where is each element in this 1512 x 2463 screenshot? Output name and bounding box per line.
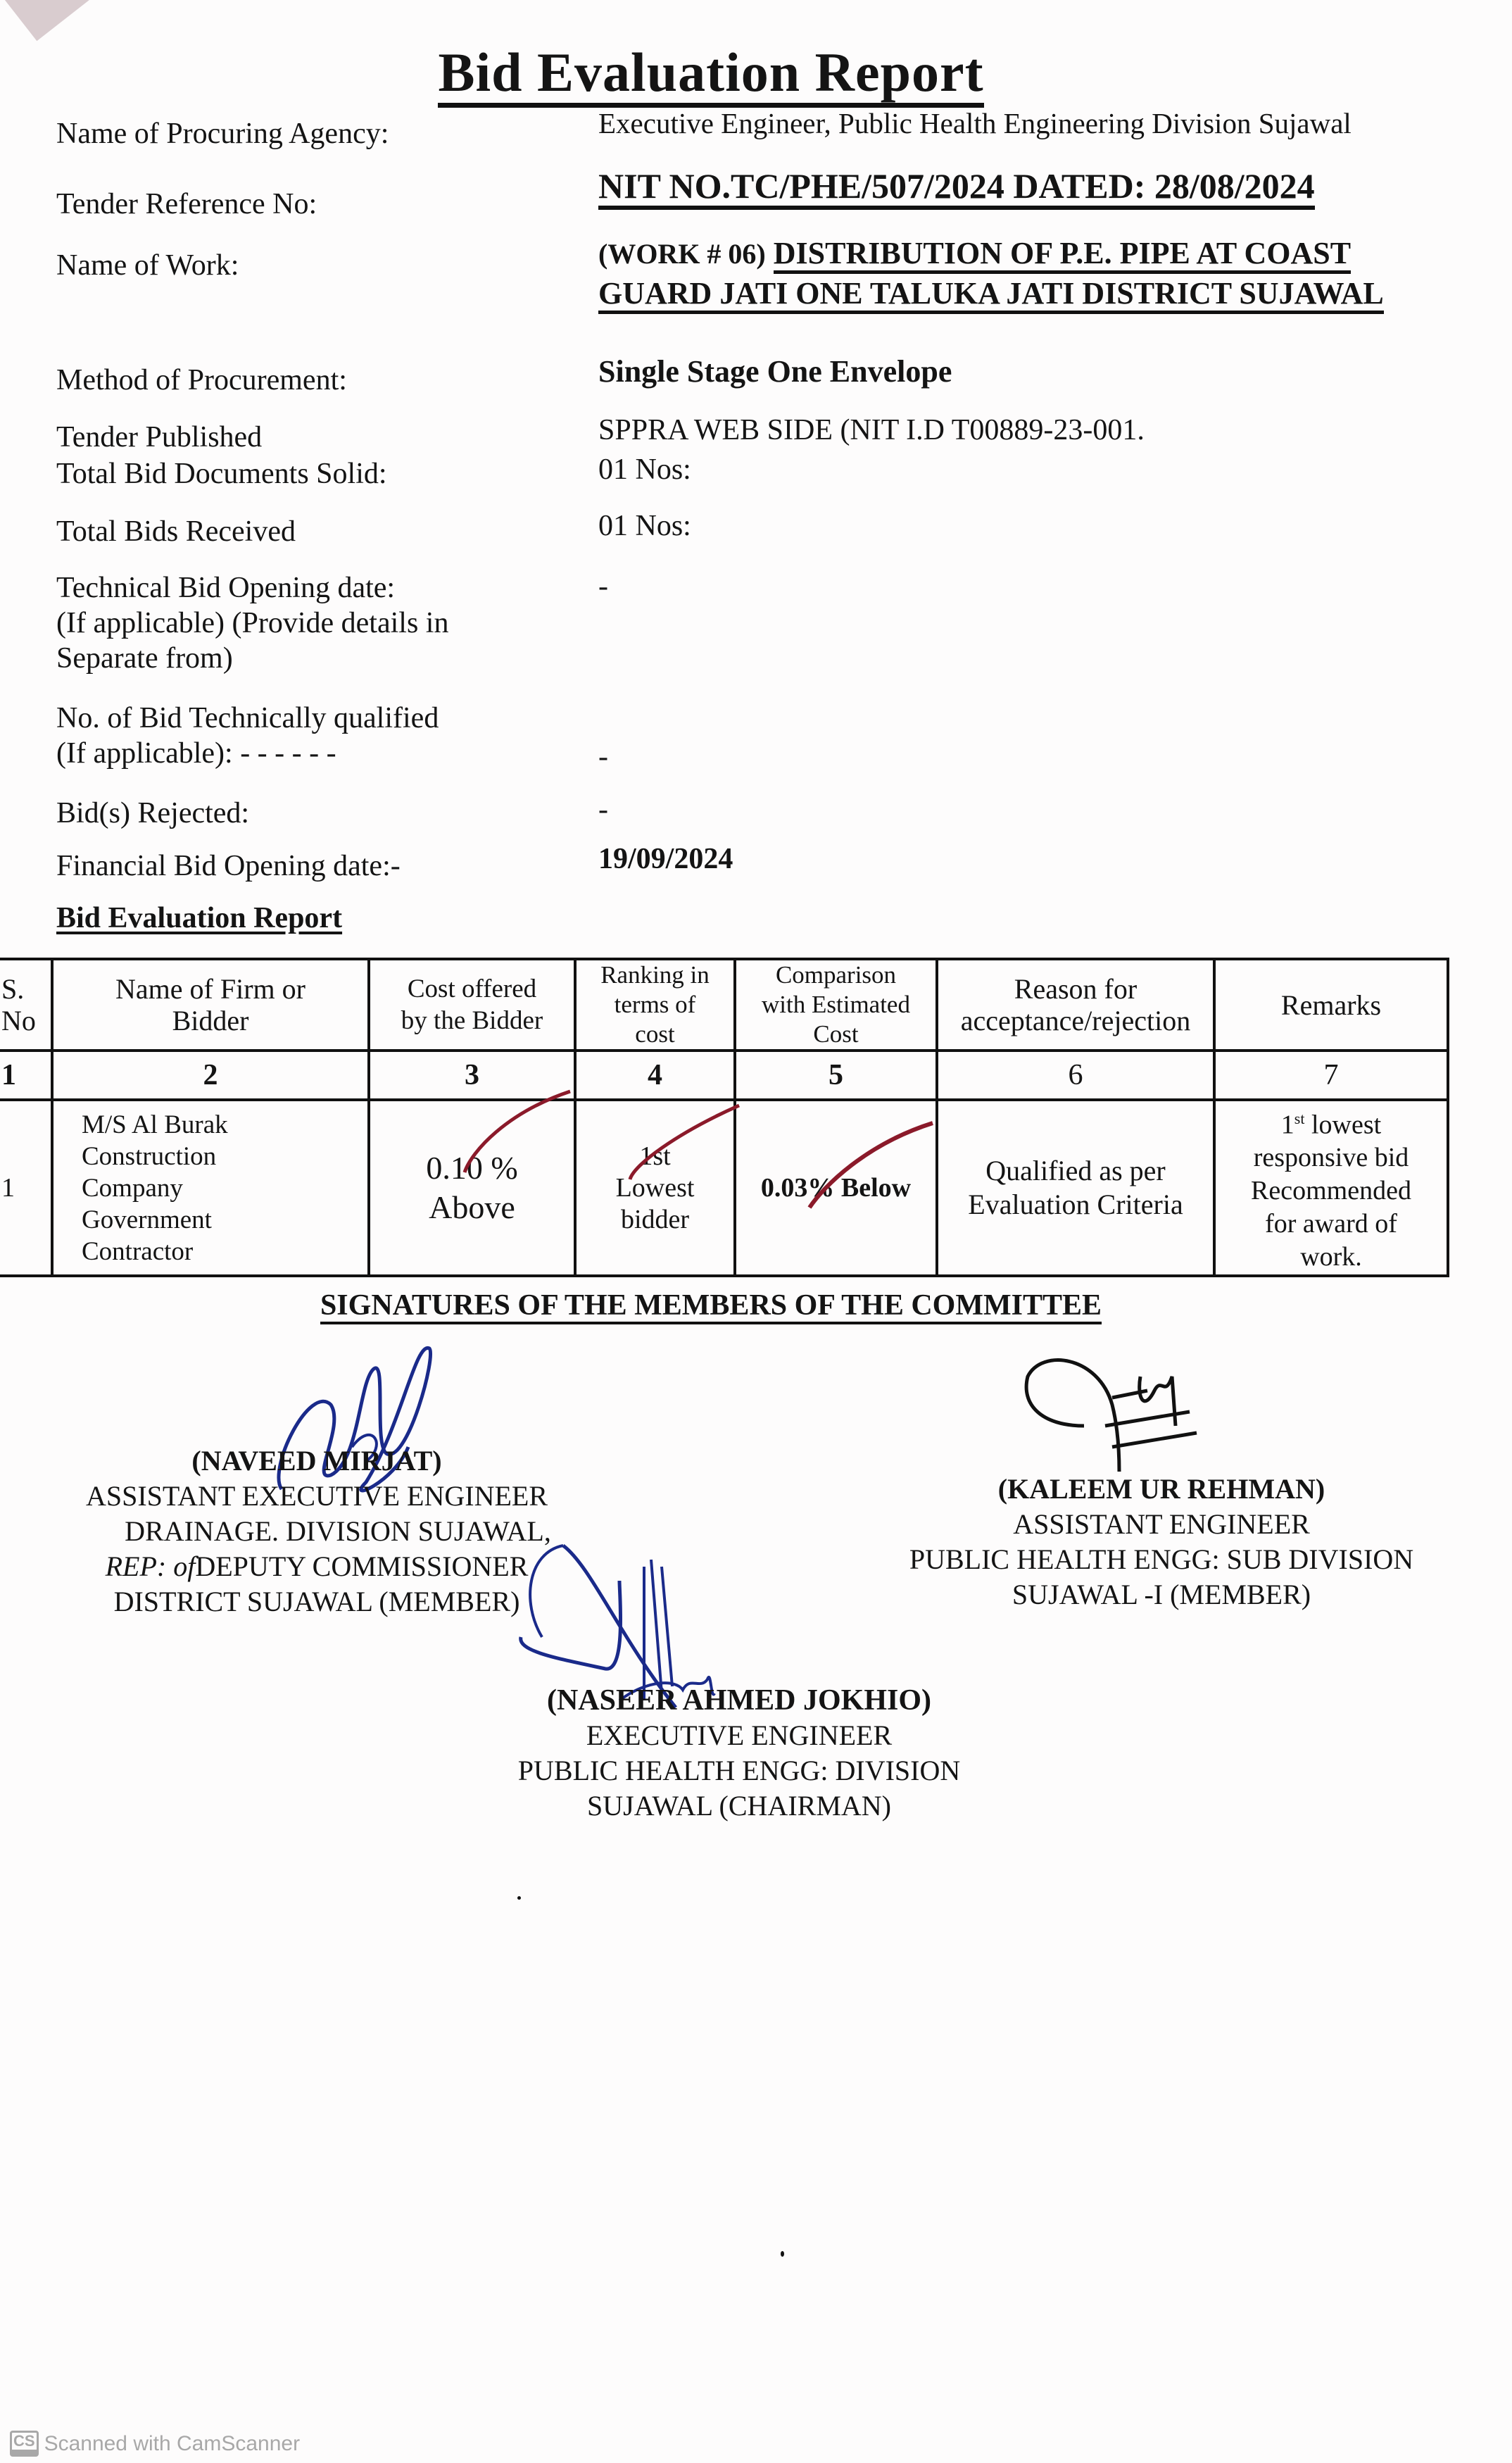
label-bids-rejected: Bid(s) Rejected:: [56, 796, 249, 831]
value-procuring-agency: Executive Engineer, Public Health Engine…: [598, 106, 1352, 141]
label-procuring-agency: Name of Procuring Agency:: [56, 116, 389, 151]
value-technically-qualified: -: [598, 739, 608, 775]
column-number-row: 1 2 3 4 5 6 7: [0, 1051, 1448, 1100]
label-total-bids-received: Total Bids Received: [56, 514, 296, 549]
value-financial-bid-opening: 19/09/2024: [598, 841, 733, 877]
value-method-of-procurement: Single Stage One Envelope: [598, 354, 952, 389]
bid-evaluation-table: S.No Name of Firm orBidder Cost offeredb…: [0, 958, 1449, 1277]
header-s-no: S.No: [0, 959, 52, 1051]
header-ranking: Ranking interms ofcost: [575, 959, 735, 1051]
label-tender-reference: Tender Reference No:: [56, 187, 317, 222]
signature-kaleem-ur-rehman: [1014, 1348, 1225, 1475]
header-reason: Reason foracceptance/rejection: [937, 959, 1214, 1051]
signature-block-naveed: (NAVEED MIRJAT) ASSISTANT EXECUTIVE ENGI…: [70, 1443, 563, 1619]
value-bids-rejected: -: [598, 792, 608, 827]
label-technical-bid-opening: Technical Bid Opening date: (If applicab…: [56, 570, 448, 676]
cell-comparison: 0.03% Below: [735, 1100, 937, 1276]
page-title: Bid Evaluation Report: [0, 41, 1422, 104]
value-total-bids-received: 01 Nos:: [598, 508, 691, 544]
label-tender-published: Tender Published: [56, 420, 262, 455]
cell-firm-name: M/S Al Burak Construction Company Govern…: [52, 1100, 369, 1276]
value-total-bid-documents: 01 Nos:: [598, 452, 691, 487]
value-tender-reference: NIT NO.TC/PHE/507/2024 DATED: 28/08/2024: [598, 166, 1315, 206]
header-remarks: Remarks: [1214, 959, 1448, 1051]
header-comparison: Comparisonwith EstimatedCost: [735, 959, 937, 1051]
value-tender-published: SPPRA WEB SIDE (NIT I.D T00889-23-001.: [598, 413, 1145, 448]
table-header-row: S.No Name of Firm orBidder Cost offeredb…: [0, 959, 1448, 1051]
speck: [781, 2251, 784, 2257]
label-name-of-work: Name of Work:: [56, 248, 239, 283]
cell-reason: Qualified as per Evaluation Criteria: [937, 1100, 1214, 1276]
section-title-bid-evaluation: Bid Evaluation Report: [56, 901, 342, 935]
label-financial-bid-opening: Financial Bid Opening date:-: [56, 848, 401, 884]
cell-cost-offered: 0.10 % Above: [369, 1100, 575, 1276]
label-total-bid-documents: Total Bid Documents Solid:: [56, 456, 387, 491]
speck: [517, 1896, 521, 1900]
label-method-of-procurement: Method of Procurement:: [56, 363, 347, 398]
label-technically-qualified: No. of Bid Technically qualified (If app…: [56, 701, 439, 771]
value-technical-bid-opening: -: [598, 569, 608, 604]
cell-ranking: 1st Lowest bidder: [575, 1100, 735, 1276]
value-name-of-work: (WORK # 06) DISTRIBUTION OF P.E. PIPE AT…: [598, 234, 1471, 313]
header-firm-name: Name of Firm orBidder: [52, 959, 369, 1051]
page-corner-fold: [0, 0, 131, 41]
table-row: 1 M/S Al Burak Construction Company Gove…: [0, 1100, 1448, 1276]
signature-block-kaleem: (KALEEM UR REHMAN) ASSISTANT ENGINEER PU…: [845, 1472, 1478, 1612]
cell-s-no: 1: [0, 1100, 52, 1276]
camscanner-logo-icon: CS: [10, 2431, 39, 2457]
signature-block-naseer: (NASEER AHMED JOKHIO) EXECUTIVE ENGINEER…: [422, 1683, 1056, 1824]
cell-remarks: 1st lowest responsive bid Recommended fo…: [1214, 1100, 1448, 1276]
header-cost-offered: Cost offeredby the Bidder: [369, 959, 575, 1051]
camscanner-watermark: CS Scanned with CamScanner: [10, 2431, 300, 2457]
signatures-heading: SIGNATURES OF THE MEMBERS OF THE COMMITT…: [0, 1289, 1422, 1322]
